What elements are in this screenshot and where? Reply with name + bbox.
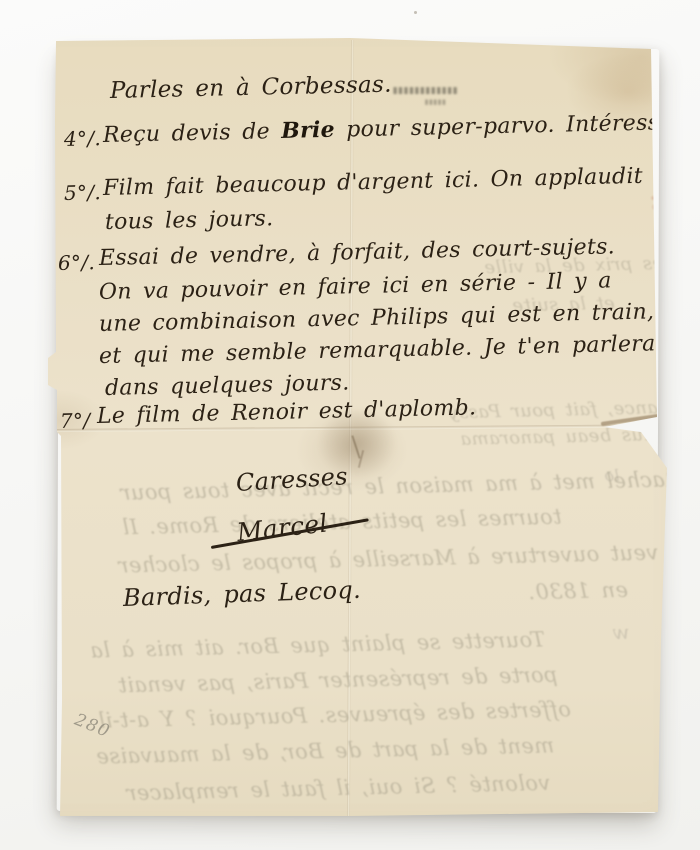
photo-backdrop: ▮▮▮▮▮▮▮▮▮▮▮▮ ▮▮▮▮▮ les prix de la ville … xyxy=(0,0,700,850)
letterhead-bleed-line: ▮▮▮▮▮ xyxy=(424,98,446,106)
item-5-line-2: tous les jours. xyxy=(105,206,274,235)
item-4-text-pre: Reçu devis de xyxy=(103,119,282,148)
bleed-through-line: en 1830. xyxy=(528,578,629,604)
dust-speck xyxy=(414,11,417,14)
item-5-number: 5°/. xyxy=(64,180,102,205)
pencil-squiggle: w xyxy=(612,620,630,644)
pencil-squiggle: lo xyxy=(604,466,620,485)
item-4-bold-word: Brie xyxy=(281,117,335,144)
letterhead-bleed-line: ▮▮▮▮▮▮▮▮▮▮▮▮ xyxy=(392,86,457,96)
letter-paper: ▮▮▮▮▮▮▮▮▮▮▮▮ ▮▮▮▮▮ les prix de la ville … xyxy=(0,0,700,850)
item-6-number: 6°/. xyxy=(58,250,96,275)
item-7-number: 7°/ xyxy=(60,408,91,433)
item-4-number: 4°/. xyxy=(64,126,102,151)
